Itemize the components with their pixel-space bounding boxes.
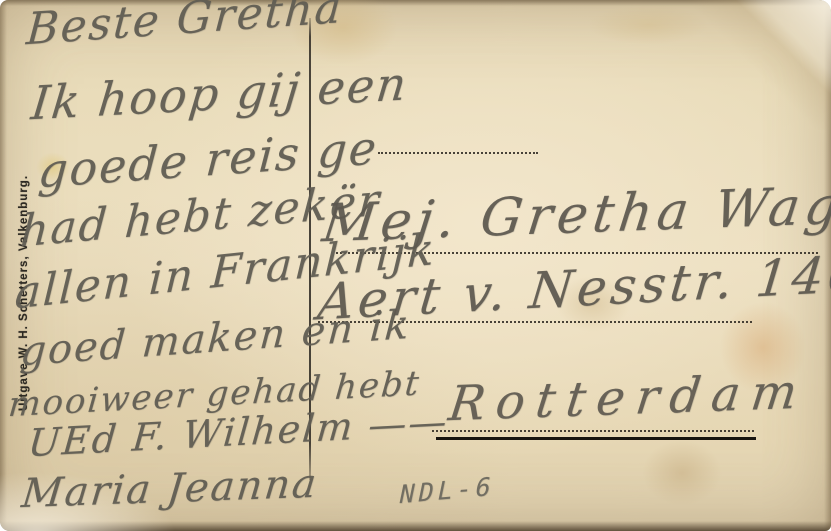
paper-edge-shadow-left: [0, 0, 7, 531]
address-dotted-line-top: [378, 152, 538, 154]
postcard-back: Uitgave W. H. Schetters, Valkenburg. Bes…: [0, 0, 831, 531]
message-line-9: Maria Jeanna: [20, 464, 320, 515]
paper-stain: [588, 5, 708, 45]
city-solid-underline: [436, 437, 756, 440]
address-city: Rotterdam: [446, 367, 811, 428]
address-recipient: Mej. Gretha Wagner: [320, 176, 831, 250]
catalog-note: NDL-6: [400, 474, 495, 507]
message-line-2: Ik hoop gij een: [29, 60, 410, 126]
paper-stain: [642, 440, 722, 506]
